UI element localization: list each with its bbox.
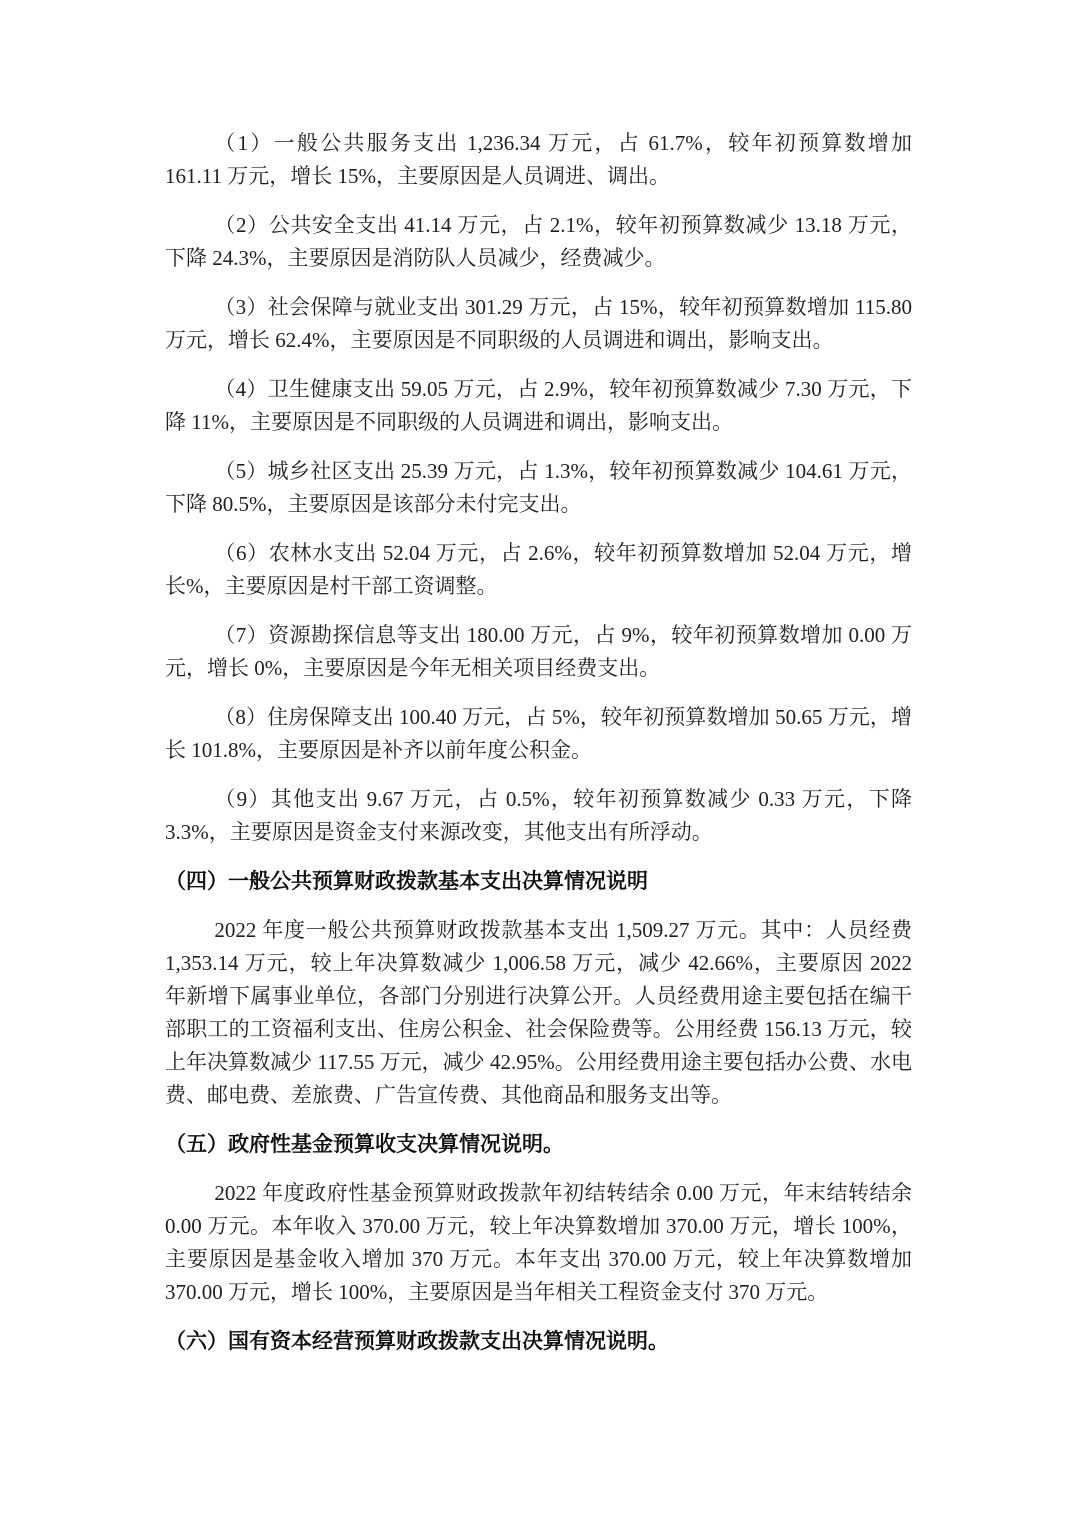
heading-section-4-basic-expenditure: （四）一般公共预算财政拨款基本支出决算情况说明	[165, 865, 912, 898]
para-health: （4）卫生健康支出 59.05 万元，占 2.9%，较年初预算数减少 7.30 …	[165, 373, 912, 439]
para-agriculture-forestry-water: （6）农林水支出 52.04 万元，占 2.6%，较年初预算数增加 52.04 …	[165, 537, 912, 603]
para-section-5-detail: 2022 年度政府性基金预算财政拨款年初结转结余 0.00 万元，年末结转结余 …	[165, 1177, 912, 1309]
para-resource-exploration: （7）资源勘探信息等支出 180.00 万元，占 9%，较年初预算数增加 0.0…	[165, 619, 912, 685]
heading-section-5-gov-funds: （五）政府性基金预算收支决算情况说明。	[165, 1128, 912, 1161]
heading-section-6-state-capital: （六）国有资本经营预算财政拨款支出决算情况说明。	[165, 1325, 912, 1358]
para-urban-rural-community: （5）城乡社区支出 25.39 万元，占 1.3%，较年初预算数减少 104.6…	[165, 455, 912, 521]
para-housing-security: （8）住房保障支出 100.40 万元，占 5%，较年初预算数增加 50.65 …	[165, 701, 912, 767]
para-social-security-employment: （3）社会保障与就业支出 301.29 万元，占 15%，较年初预算数增加 11…	[165, 291, 912, 357]
para-other-expenditure: （9）其他支出 9.67 万元，占 0.5%，较年初预算数减少 0.33 万元，…	[165, 783, 912, 849]
para-section-4-detail: 2022 年度一般公共预算财政拨款基本支出 1,509.27 万元。其中：人员经…	[165, 914, 912, 1112]
para-public-safety: （2）公共安全支出 41.14 万元，占 2.1%，较年初预算数减少 13.18…	[165, 209, 912, 275]
document-page: （1）一般公共服务支出 1,236.34 万元，占 61.7%，较年初预算数增加…	[0, 0, 1075, 1521]
para-general-public-service: （1）一般公共服务支出 1,236.34 万元，占 61.7%，较年初预算数增加…	[165, 127, 912, 193]
